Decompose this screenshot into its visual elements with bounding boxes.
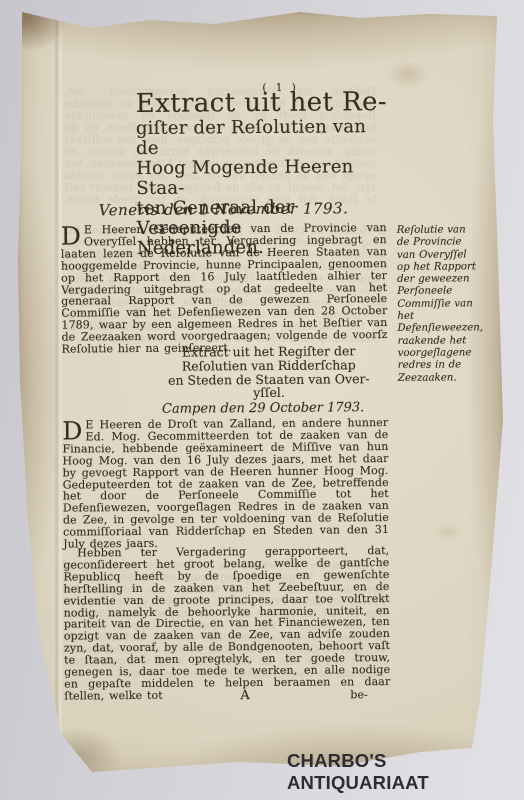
signature-mark: A (240, 688, 250, 703)
title-line-1: Extract uit het Re- (136, 87, 392, 119)
antiquariaat-watermark: CHARBO'S ANTIQUARIAAT (287, 750, 524, 794)
second-paragraph-text: E Heeren de Droſt van Zalland, en andere… (62, 416, 389, 551)
margin-note: Reſolutie van de Provincie van Overyſſel… (397, 224, 478, 384)
paper-sheet: Hebben ter Vergadering gerapporteert, da… (18, 12, 504, 774)
title-line-2: giſter der Reſolutien van de (136, 117, 392, 159)
dateline-campen: Campen den 29 October 1793. (62, 400, 426, 418)
drop-cap: D (61, 224, 84, 246)
catchword: be- (350, 688, 367, 701)
second-paragraph: DE Heeren de Droſt van Zalland, en ander… (62, 417, 389, 551)
title-line-3: Hoog Mogende Heeren Staa- (136, 157, 392, 199)
opening-paragraph-text: E Heeren Gedeputeerden van de Provincie … (61, 221, 388, 356)
photo-of-document: Hebben ter Vergadering gerapporteert, da… (0, 0, 524, 800)
printed-text-layer: ( 1 ) Extract uit het Re- giſter der Reſ… (15, 10, 507, 776)
third-paragraph: Hebben ter Vergadering gerapporteert, da… (63, 545, 390, 702)
extract-subheading: Extract uit het Regiſter der Reſolutien … (146, 344, 392, 401)
drop-cap: D (62, 419, 85, 441)
opening-paragraph: DE Heeren Gedeputeerden van de Provincie… (61, 222, 388, 356)
dateline-hague: Veneris den 1 November 1793. (60, 199, 386, 220)
subheading-line-4: yſſel. (146, 385, 392, 401)
